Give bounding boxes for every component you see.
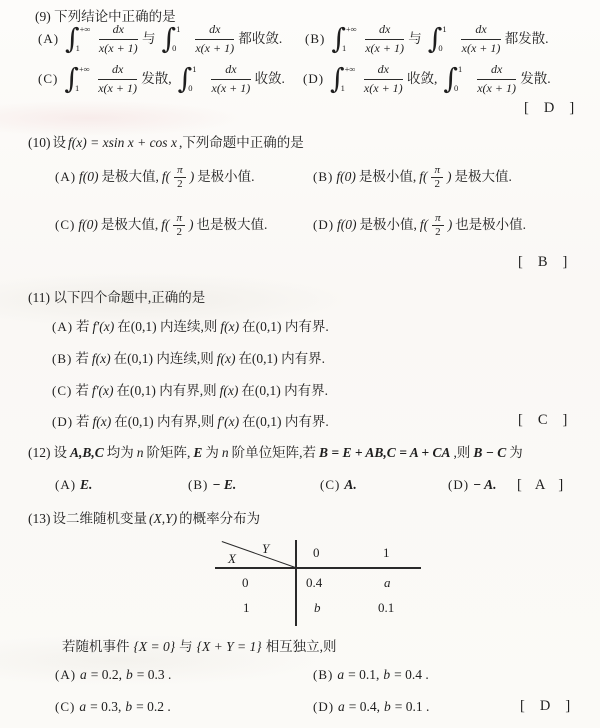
q10-option-d: (D) f(0) 是极小值, f(π2) 也是极小值. — [313, 212, 526, 238]
option-label: (A) — [38, 31, 59, 47]
q13-stem-math: (X,Y) — [149, 511, 177, 527]
q12-option-c: (C) A. — [320, 477, 357, 493]
bracket-open: [ — [518, 412, 523, 429]
table-col-header: 0 — [313, 545, 320, 561]
bracket-close: ] — [558, 477, 563, 494]
q9a-tail: 都收敛. — [238, 30, 282, 48]
q9-option-b: (B) ∫+∞1 dxx(x + 1) 与 ∫10 dxx(x + 1) 都发散… — [305, 22, 549, 56]
bracket-close: ] — [563, 412, 568, 429]
q13-cond-event2: {X + Y = 1} — [197, 639, 262, 655]
q11-answer: [ C ] — [518, 412, 567, 429]
q13-answer-letter: D — [540, 698, 550, 715]
integral-icon: ∫10 — [161, 23, 190, 55]
q13-option-a: (A) a = 0.2, b = 0.3 . — [55, 666, 171, 684]
q11-option-d: (D) 若 f(x) 在(0,1) 内有界,则 f′(x) 在(0,1) 内有界… — [52, 413, 329, 431]
bracket-open: [ — [517, 477, 522, 494]
q12-option-a: (A) E. — [55, 477, 92, 493]
q12-answer-letter: A — [535, 477, 545, 494]
integral-lower: 1 — [76, 44, 80, 53]
probability-distribution-table: Y X 0 1 0 0.4 a 1 b 0.1 — [215, 538, 427, 630]
integral-icon: ∫+∞1 — [65, 23, 94, 55]
integral-upper: 1 — [176, 25, 180, 34]
q9d-tail: 发散. — [520, 70, 550, 88]
table-cell: a — [384, 575, 391, 591]
q12-answer: [ A ] — [517, 477, 563, 494]
q9c-mid: 发散, — [141, 70, 171, 88]
q13-answer: [ D ] — [520, 698, 570, 715]
q9-answer: [ D ] — [524, 100, 574, 117]
q13-option-c: (C) a = 0.3, b = 0.2 . — [55, 698, 171, 716]
integral-icon: ∫+∞1 — [64, 63, 93, 95]
q9-option-a: (A) ∫+∞1 dxx(x + 1) 与 ∫10 dxx(x + 1) 都收敛… — [38, 22, 282, 56]
integral-icon: ∫10 — [178, 63, 207, 95]
q11-answer-letter: C — [538, 412, 548, 429]
q13-cond-suffix: 相互独立,则 — [266, 638, 337, 656]
table-col-var: Y — [262, 541, 269, 557]
integral-lower: 0 — [172, 44, 176, 53]
q9-answer-letter: D — [544, 100, 554, 117]
q12-stem: (12) 设 A,B,C 均为 n 阶矩阵, E 为 n 阶单位矩阵,若 B =… — [28, 444, 523, 462]
pi-over-2-fraction: π2 — [173, 212, 185, 238]
option-label: (D) — [303, 71, 324, 87]
fraction: dxx(x + 1) — [364, 62, 403, 96]
table-horizontal-rule — [215, 567, 421, 569]
q12-number: (12) — [28, 445, 51, 461]
table-cell: 0.4 — [306, 575, 322, 591]
q9c-tail: 收敛. — [255, 70, 285, 88]
q11-option-b: (B) 若 f(x) 在(0,1) 内连续,则 f(x) 在(0,1) 内有界. — [52, 350, 325, 368]
table-col-header: 1 — [383, 545, 390, 561]
q10-answer-letter: B — [538, 254, 548, 271]
q9a-mid: 与 — [142, 30, 156, 48]
q10-stem-math: f(x) = xsin x + cos x — [68, 135, 177, 151]
q13-stem: (13) 设二维随机变量 (X,Y) 的概率分布为 — [28, 510, 260, 528]
q13-stem-prefix: 设二维随机变量 — [53, 510, 148, 528]
q9b-tail: 都发散. — [505, 30, 549, 48]
q13-cond-event1: {X = 0} — [134, 639, 176, 655]
integral-upper: +∞ — [80, 25, 91, 34]
q13-option-d: (D) a = 0.4, b = 0.1 . — [313, 698, 429, 716]
q10-number: (10) — [28, 135, 51, 151]
q13-number: (13) — [28, 511, 51, 527]
integral-icon: ∫+∞1 — [331, 23, 360, 55]
q12-option-d: (D) − A. — [448, 477, 496, 493]
q12-option-b: (B) − E. — [188, 477, 236, 493]
integral-icon: ∫10 — [443, 63, 472, 95]
q9-option-d: (D) ∫+∞1 dxx(x + 1) 收敛, ∫10 dxx(x + 1) 发… — [303, 62, 551, 96]
table-row-label: 0 — [242, 575, 249, 591]
q10-stem-suffix: ,下列命题中正确的是 — [179, 134, 304, 152]
bracket-open: [ — [520, 698, 525, 715]
fraction: dxx(x + 1) — [195, 22, 234, 56]
q11-stem-text: 以下四个命题中,正确的是 — [53, 290, 205, 305]
q10-option-a: (A) f(0) 是极大值, f(π2) 是极小值. — [55, 164, 255, 190]
fraction: dxx(x + 1) — [477, 62, 516, 96]
q13-cond-mid: 与 — [179, 638, 193, 656]
table-row-label: 1 — [243, 600, 250, 616]
q10-option-b: (B) f(0) 是极小值, f(π2) 是极大值. — [313, 164, 512, 190]
fraction: dxx(x + 1) — [461, 22, 500, 56]
q10-answer: [ B ] — [518, 254, 567, 271]
fraction: dxx(x + 1) — [211, 62, 250, 96]
bracket-close: ] — [563, 254, 568, 271]
q11-option-a: (A) 若 f′(x) 在(0,1) 内连续,则 f(x) 在(0,1) 内有界… — [52, 318, 329, 336]
q11-option-c: (C) 若 f′(x) 在(0,1) 内有界,则 f(x) 在(0,1) 内有界… — [52, 382, 328, 400]
table-row-var: X — [228, 551, 236, 567]
q9-option-c: (C) ∫+∞1 dxx(x + 1) 发散, ∫10 dxx(x + 1) 收… — [38, 62, 285, 96]
table-cell: b — [314, 600, 321, 616]
q13-condition: 若随机事件 {X = 0} 与 {X + Y = 1} 相互独立,则 — [62, 638, 337, 656]
q9d-mid: 收敛, — [407, 70, 437, 88]
pi-over-2-fraction: π2 — [432, 212, 444, 238]
q10-stem: (10) 设 f(x) = xsin x + cos x ,下列命题中正确的是 — [28, 134, 304, 152]
q11-stem: (11) 以下四个命题中,正确的是 — [28, 289, 205, 307]
q13-cond-prefix: 若随机事件 — [62, 638, 130, 656]
q10-stem-prefix: 设 — [53, 134, 67, 152]
table-vertical-rule — [295, 540, 297, 626]
bracket-close: ] — [569, 100, 574, 117]
bracket-close: ] — [565, 698, 570, 715]
exam-page: (9) 下列结论中正确的是 (A) ∫+∞1 dxx(x + 1) 与 ∫10 … — [0, 0, 600, 728]
fraction: dxx(x + 1) — [99, 22, 138, 56]
fraction: dxx(x + 1) — [365, 22, 404, 56]
q9b-mid: 与 — [408, 30, 422, 48]
pi-over-2-fraction: π2 — [431, 164, 443, 190]
option-label: (B) — [305, 31, 325, 47]
q10-option-c: (C) f(0) 是极大值, f(π2) 也是极大值. — [55, 212, 267, 238]
bracket-open: [ — [524, 100, 529, 117]
table-cell: 0.1 — [378, 600, 394, 616]
q11-number: (11) — [28, 290, 50, 305]
fraction: dxx(x + 1) — [98, 62, 137, 96]
bracket-open: [ — [518, 254, 523, 271]
option-label: (C) — [38, 71, 58, 87]
integral-icon: ∫10 — [428, 23, 457, 55]
q13-stem-suffix: 的概率分布为 — [179, 510, 260, 528]
q13-option-b: (B) a = 0.1, b = 0.4 . — [313, 666, 429, 684]
integral-icon: ∫+∞1 — [330, 63, 359, 95]
pi-over-2-fraction: π2 — [174, 164, 186, 190]
